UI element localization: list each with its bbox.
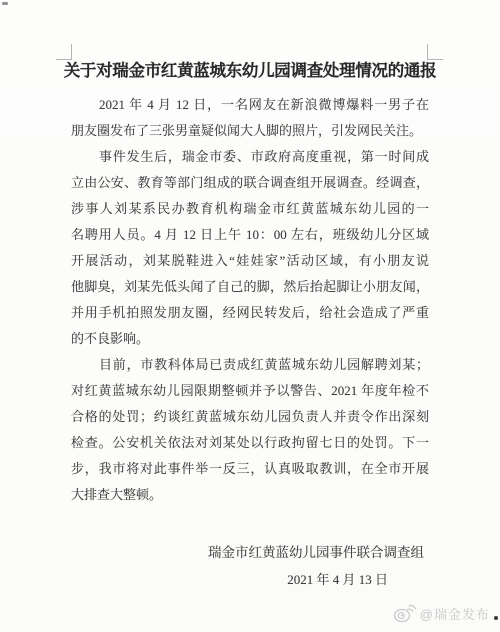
body-line: 并用手机拍照发朋友圈，经网民转发后，给社会造成了严重 (71, 300, 429, 326)
body-line: 名聘用人员。4 月 12 日上午 10：00 左右，班级幼儿分区域 (71, 222, 429, 248)
body-line: 开展活动，刘某脱鞋进入“娃娃家”活动区域，有小朋友说 (71, 248, 429, 274)
body-line: 他脚臭，刘某先低头闻了自己的脚，然后抬起脚让小朋友闻， (71, 274, 429, 300)
body-line: 事件发生后，瑞金市委、市政府高度重视，第一时间成 (71, 144, 429, 170)
photo-artifact-top-left (2, 2, 8, 5)
body-line: 合格的处罚；约谈红黄蓝城东幼儿园负责人并责令作出深刻 (71, 404, 429, 430)
document-date: 2021 年 4 月 13 日 (71, 567, 388, 593)
body-line: 涉事人刘某系民办教育机构瑞金市红黄蓝城东幼儿园的一 (71, 196, 429, 222)
weibo-icon (393, 603, 417, 623)
document-title: 关于对瑞金市红黄蓝城东幼儿园调查处理情况的通报 (0, 57, 500, 81)
body-line: 步，我市将对此事件举一反三，认真吸取教训，在全市开展 (71, 456, 429, 482)
body-line: 的不良影响。 (71, 326, 429, 352)
photo-artifact-bottom-right (494, 616, 498, 620)
weibo-watermark: @瑞金发布 (393, 603, 490, 623)
body-line: 朋友圈发布了三张男童疑似闻大人脚的照片，引发网民关注。 (71, 118, 429, 144)
watermark-text: @瑞金发布 (420, 604, 490, 623)
body-line: 立由公安、教育等部门组成的联合调查组开展调查。经调查， (71, 170, 429, 196)
document-page: 关于对瑞金市红黄蓝城东幼儿园调查处理情况的通报 2021 年 4 月 12 日，… (0, 0, 500, 632)
body-line: 目前，市教科体局已责成红黄蓝城东幼儿园解聘刘某； (71, 352, 429, 378)
signature-line: 瑞金市红黄蓝幼儿园事件联合调查组 (71, 540, 424, 566)
body-line: 2021 年 4 月 12 日，一名网友在新浪微博爆料一男子在 (71, 92, 429, 118)
body-line: 大排查大整顿。 (71, 482, 429, 508)
body-line: 对红黄蓝城东幼儿园限期整顿并予以警告、2021 年度年检不 (71, 378, 429, 404)
document-body: 2021 年 4 月 12 日，一名网友在新浪微博爆料一男子在 朋友圈发布了三张… (71, 92, 429, 508)
body-line: 检查。公安机关依法对刘某处以行政拘留七日的处罚。下一 (71, 430, 429, 456)
